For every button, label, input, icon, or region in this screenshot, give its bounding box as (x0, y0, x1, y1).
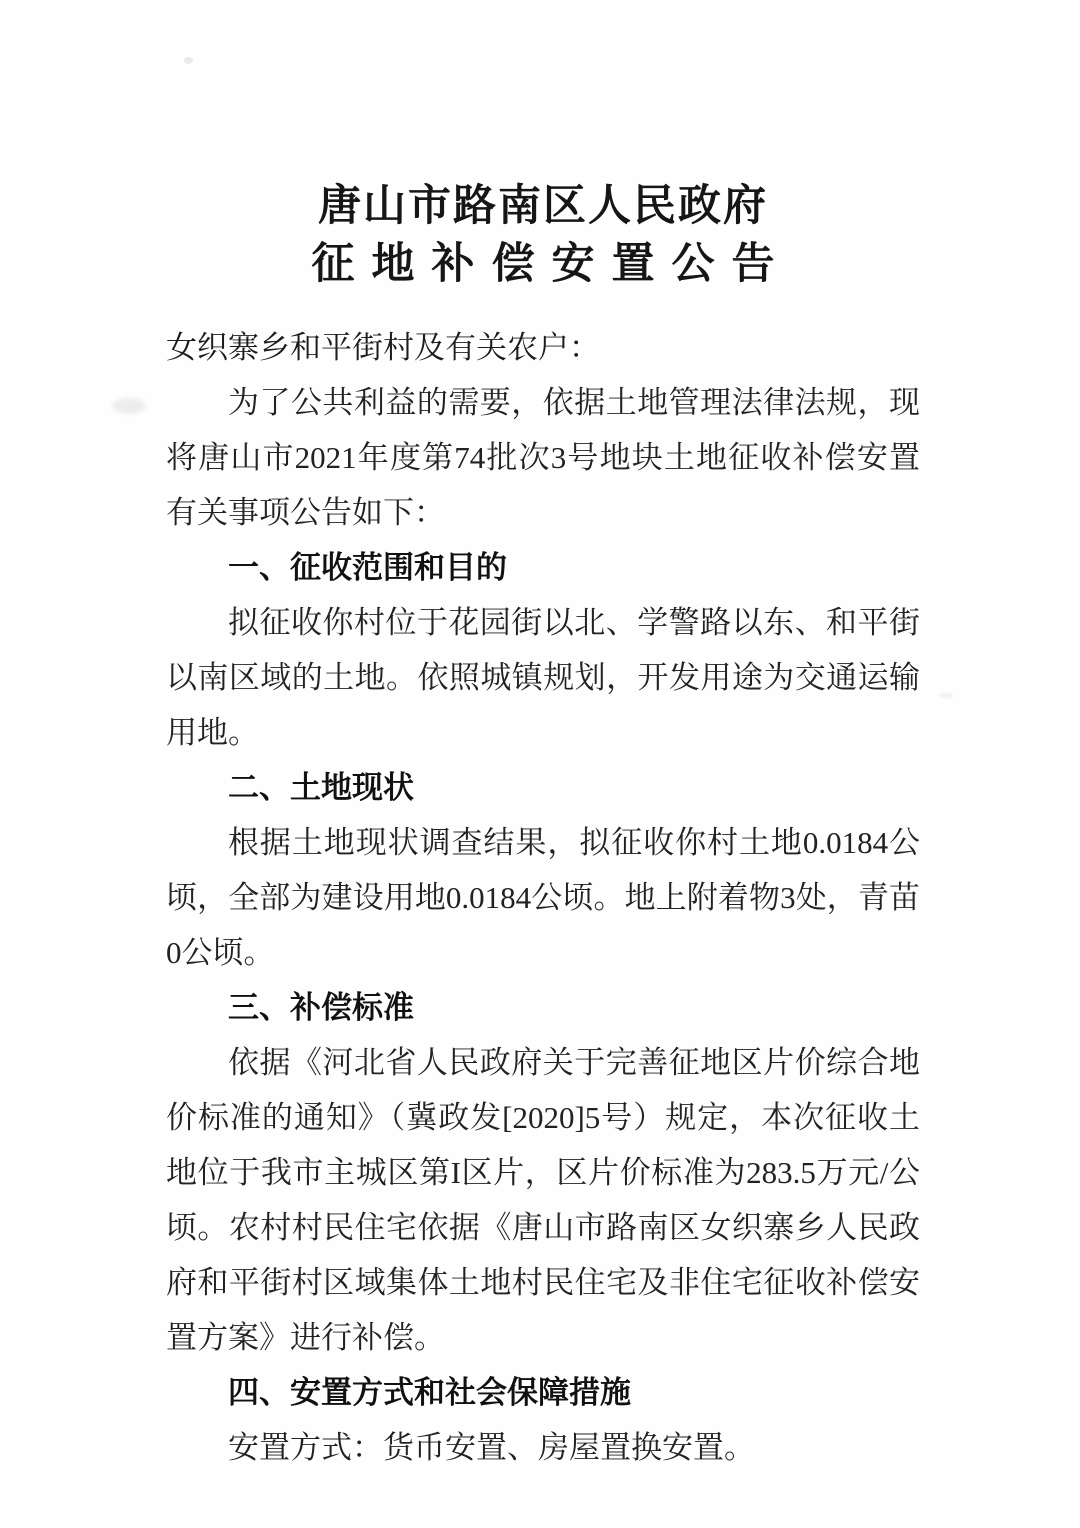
section-1-heading: 一、征收范围和目的 (166, 540, 920, 595)
section-2-body: 根据土地现状调查结果，拟征收你村土地0.0184公顷，全部为建设用地0.0184… (166, 815, 920, 980)
section-4-body: 安置方式：货币安置、房屋置换安置。 (166, 1420, 920, 1475)
scan-smudge-artifact (112, 398, 146, 414)
section-4-heading: 四、安置方式和社会保障措施 (166, 1365, 920, 1420)
salutation-line: 女织寨乡和平街村及有关农户： (166, 320, 920, 375)
section-3-heading: 三、补偿标准 (166, 980, 920, 1035)
title-line-2: 征地补偿安置公告 (166, 236, 937, 294)
intro-paragraph: 为了公共利益的需要，依据土地管理法律法规，现将唐山市2021年度第74批次3号地… (166, 375, 920, 540)
section-2-heading: 二、土地现状 (166, 760, 920, 815)
scan-speck-artifact (184, 57, 193, 64)
document-body: 女织寨乡和平街村及有关农户： 为了公共利益的需要，依据土地管理法律法规，现将唐山… (166, 320, 920, 1475)
document-page: 唐山市路南区人民政府 征地补偿安置公告 女织寨乡和平街村及有关农户： 为了公共利… (0, 0, 1080, 1528)
title-line-1: 唐山市路南区人民政府 (166, 178, 920, 236)
section-3-body: 依据《河北省人民政府关于完善征地区片价综合地价标准的通知》（冀政发[2020]5… (166, 1035, 920, 1365)
scan-smudge-artifact (939, 693, 953, 698)
notice-document: 唐山市路南区人民政府 征地补偿安置公告 女织寨乡和平街村及有关农户： 为了公共利… (166, 178, 920, 1475)
document-title: 唐山市路南区人民政府 征地补偿安置公告 (166, 178, 920, 294)
section-1-body: 拟征收你村位于花园街以北、学警路以东、和平街以南区域的土地。依照城镇规划，开发用… (166, 595, 920, 760)
